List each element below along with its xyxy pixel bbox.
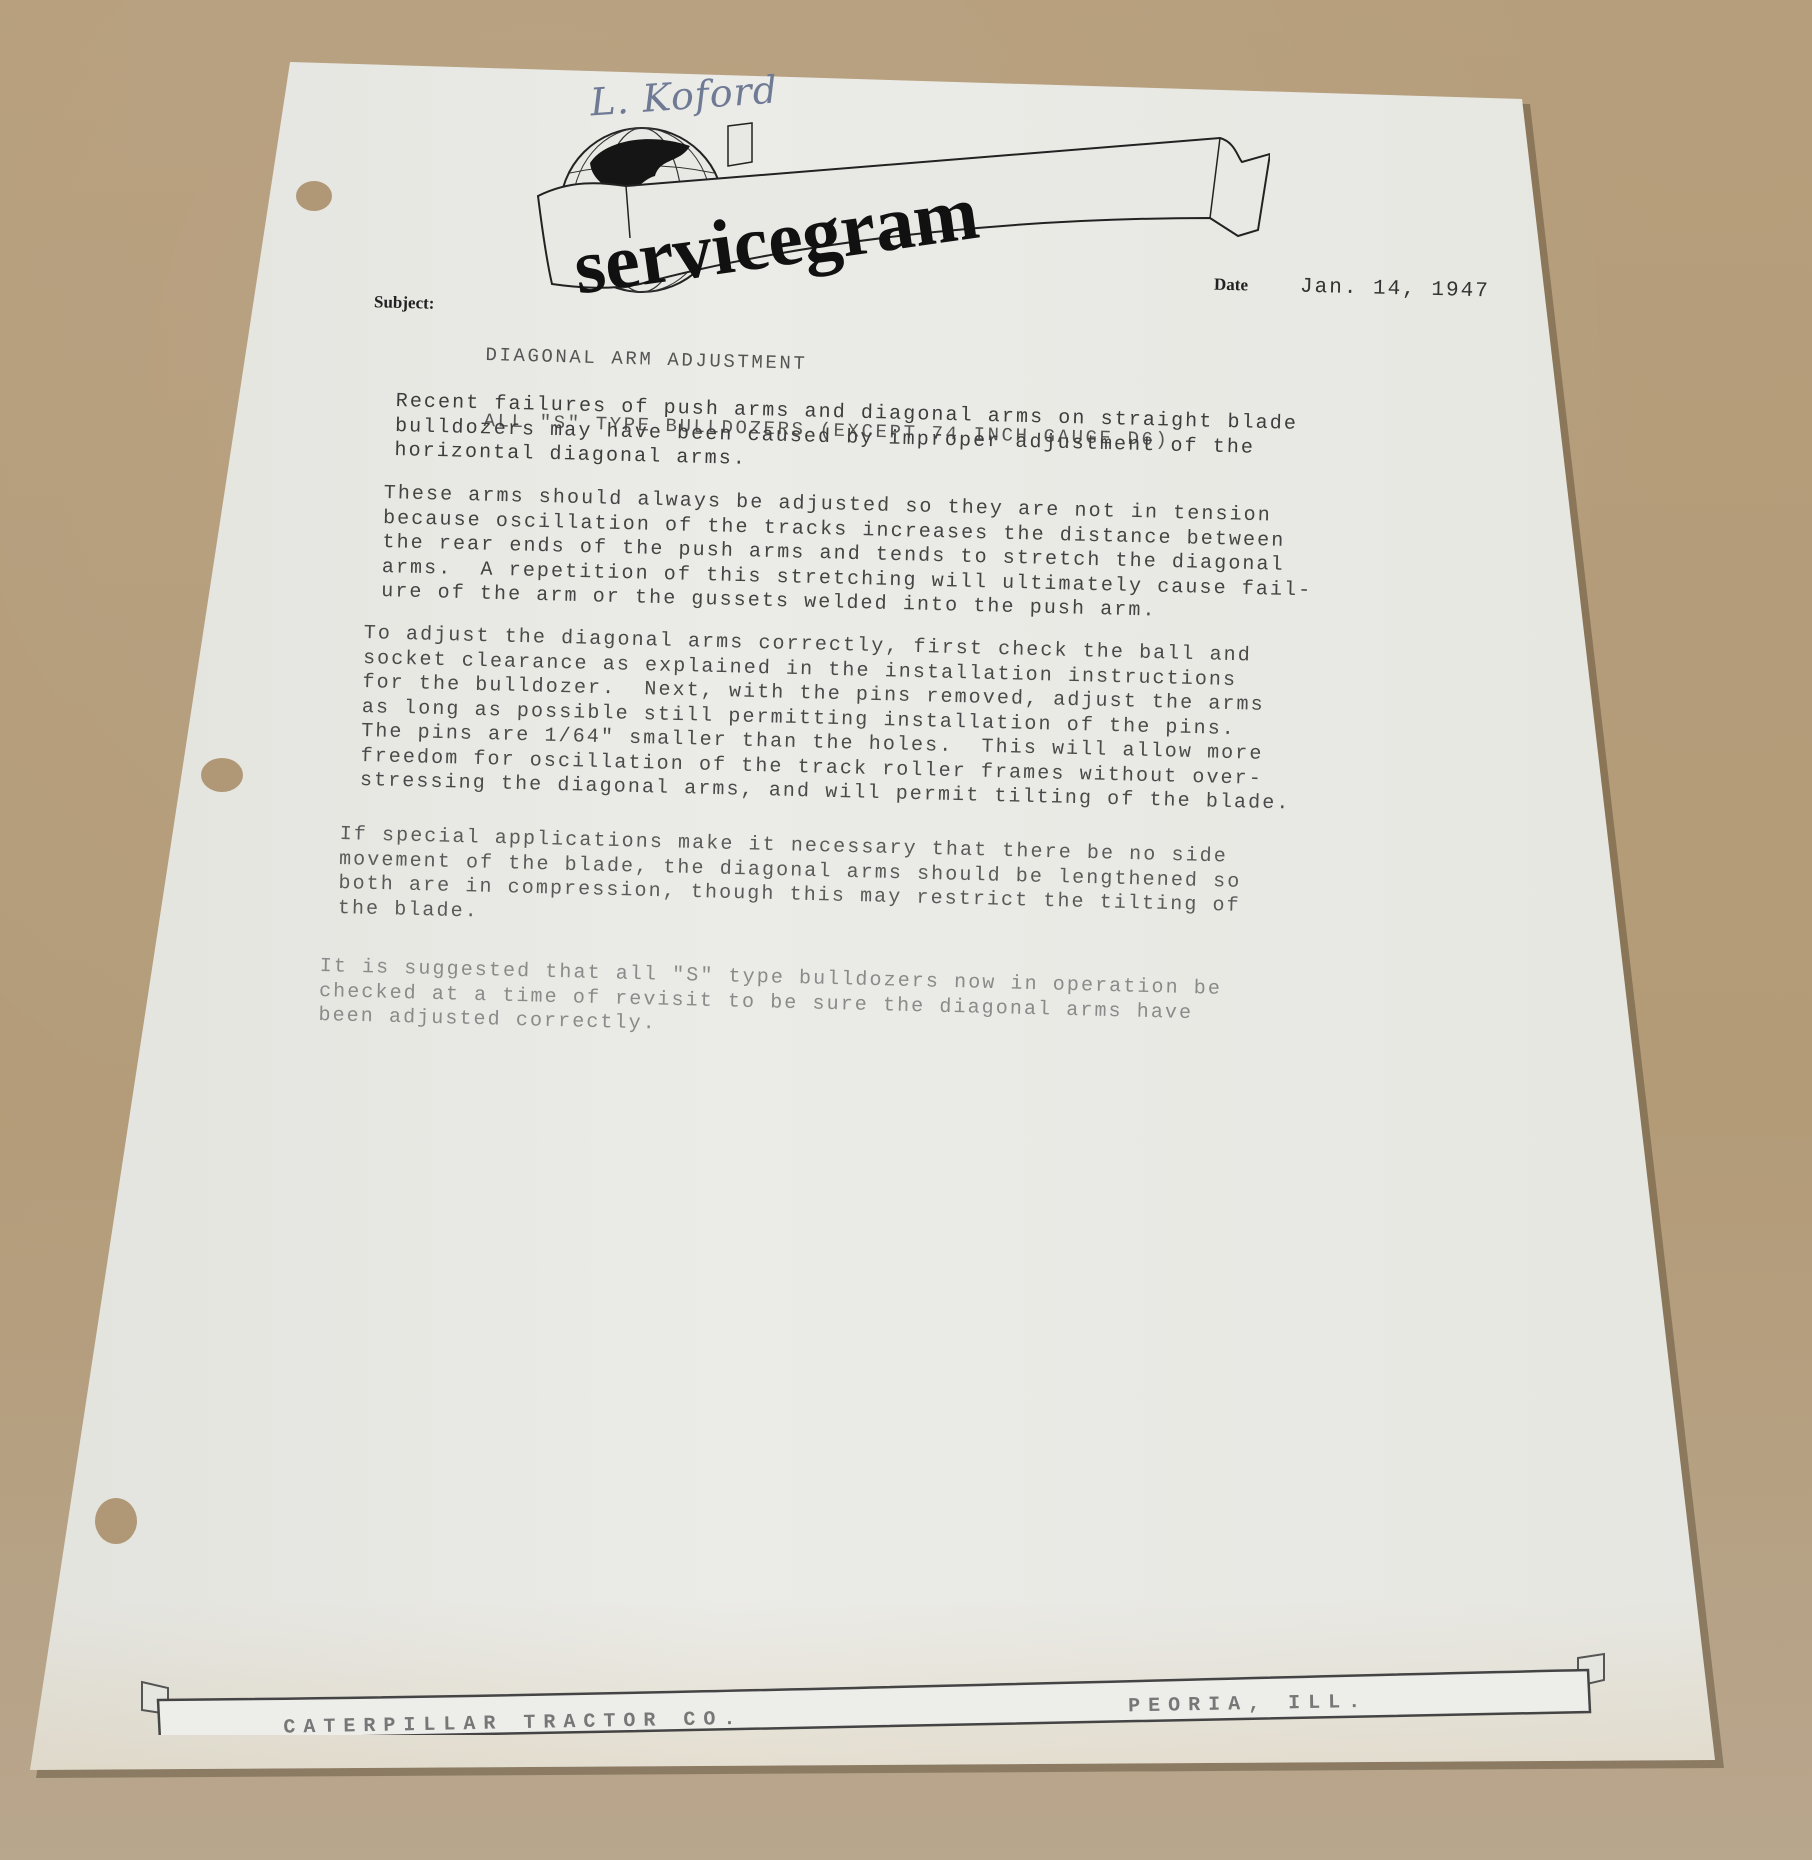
handwritten-signature: L. Koford bbox=[589, 67, 780, 124]
servicegram-logo: servicegram bbox=[530, 118, 1270, 293]
subject-label: Subject: bbox=[374, 292, 435, 313]
footer-location: PEORIA, ILL. bbox=[1128, 1691, 1368, 1719]
paragraph-5: It is suggested that all "S" type bulldo… bbox=[318, 955, 1222, 1051]
paragraph-2: These arms should always be adjusted so … bbox=[381, 482, 1315, 628]
date-label: Date bbox=[1214, 275, 1248, 296]
footer-banner: CATERPILLAR TRACTOR CO. PEORIA, ILL. bbox=[138, 1640, 1608, 1735]
date-value: Jan. 14, 1947 bbox=[1300, 276, 1490, 304]
paragraph-3: To adjust the diagonal arms correctly, f… bbox=[360, 622, 1295, 817]
document-content: L. Koford servicegram Date Jan. 14, 1947… bbox=[0, 0, 1812, 1860]
subject-line-1: DIAGONAL ARM ADJUSTMENT bbox=[485, 344, 1171, 385]
paragraph-4: If special applications make it necessar… bbox=[338, 823, 1243, 944]
